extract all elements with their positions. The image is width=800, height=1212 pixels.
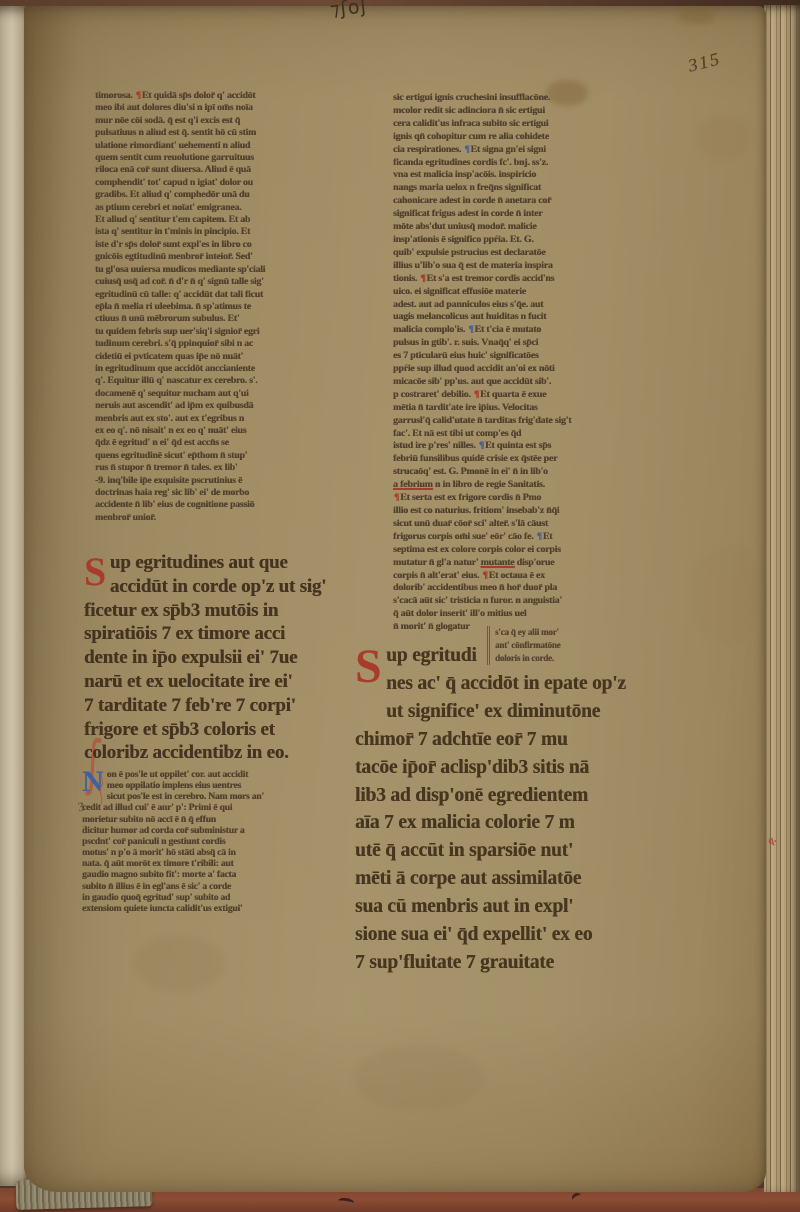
text-line: ctiuus n̄ unū mēbrorum subulus. Et' (95, 313, 345, 325)
text-line: uagis melancolicus aut huiditas n fucit (393, 311, 673, 324)
text-line: sicut unū duar̄ cōor̄ sci' alter̄. s'lā … (393, 518, 673, 531)
text-line: accidente n̄ lib' eius de cognitione pas… (95, 499, 345, 511)
text-line: gaudio magno subito fit': morte a' facta (82, 869, 358, 880)
text-line: 7 sup'fluitate 7 grauitate (355, 949, 670, 977)
blue-paraph: ¶ (478, 440, 485, 451)
red-paraph: ¶ (135, 90, 142, 101)
text-line: uico. ei significat effusiōe materie (393, 286, 673, 299)
text-line: insp'ationis ē significo ppŕia. Et. G. (393, 234, 673, 247)
text-line: ficetur ex sp̄b3 mutōis in (84, 599, 356, 623)
text-line: q̄dz ē egritud' n ei' q̄d est accn̄s se (95, 437, 345, 449)
text-line: mōte abs'dut uniusq̄ modor̄. malicie (393, 221, 673, 234)
text-line: mutatur n̄ gl'a natur' mutante disp'orue (393, 557, 673, 570)
stain (134, 936, 224, 992)
text-line: mēti ā corpe aut assimilatōe (355, 865, 670, 893)
left-column-text-block-2: N on ē pos'le ut oppilet' cor. aut accid… (82, 769, 358, 914)
manuscript-photo: 315 ⁊ʃoʃ ʃ 3 3 q. timorosa. ¶Et quidā sp… (0, 0, 800, 1212)
text-line: ppŕie sup illud quod accidit an'oi ex nō… (393, 363, 673, 376)
stain (354, 1046, 484, 1110)
text-line: up egritudines aut que (84, 551, 356, 575)
red-paraph: ¶ (482, 570, 489, 581)
text-line: ficanda egritudines cordis fc'. bnj. ss'… (393, 157, 673, 170)
stain (692, 546, 762, 642)
text-line: q̄ aūt dolor inserit' ill'o mitius uel (393, 608, 673, 621)
text-line: gradibs. Et aliud q' comphedōr unā du (95, 189, 345, 201)
text-line: pulsatiuus n aliud est q̄. sentit hō cū … (95, 127, 345, 139)
text-line: chimor̄ 7 adchtīe eor̄ 7 mu (355, 726, 670, 754)
text-line: cahonicare adest in corde n̄ anetara cor… (393, 195, 673, 208)
text-line: docamenē q' sequitur nucham aut q'ui (95, 388, 345, 400)
text-line: corpis n̄ alt'erat' eius. ¶Et octaua ē e… (393, 570, 673, 583)
text-line: ut significe' ex diminutōne (355, 698, 670, 726)
text-line: ¶Et serta est ex frigore cordis n̄ Pmo (393, 492, 673, 505)
text-line: s'ca q̄ ey alii mor' (495, 626, 627, 639)
text-line: a febrium n in libro de regie Sanitatis. (393, 479, 673, 492)
text-line: in egritudinum que accidōt anccianiente (95, 363, 345, 375)
text-block-2-lines: on ē pos'le ut oppilet' cor. aut accidit… (82, 769, 358, 914)
text-line: up egritudi (355, 642, 670, 670)
text-line: p costraret' debilio. ¶Et quarta ē exue (393, 389, 673, 402)
text-line: dolorib' accidentibus meo n̄ hor̄ duor̄ … (393, 582, 673, 595)
red-paraph: ¶ (419, 273, 426, 284)
text-line: gnicōis egtitudinū menbror̄ inteior̄. Se… (95, 251, 345, 263)
text-line: nata. q̄ aūt morōt ex timore t'ribili: a… (82, 858, 358, 869)
text-line: pulsus in gtib'. r. suis. Vnaq̄q' ei sp̄… (393, 337, 673, 350)
chapter-heading-lines: up egritudines ac' q̄ accidōt in epate o… (355, 642, 670, 977)
text-line: spiratiōis 7 ex timore acci (84, 622, 356, 646)
text-line: 7 tarditate 7 feb're 7 corpi' (84, 694, 356, 718)
penwork-flourish (98, 771, 106, 805)
text-line: nangs maria uelox n freq̄ns significat (393, 182, 673, 195)
left-column-chapter-heading: S up egritudines aut queaccidūt in corde… (84, 551, 356, 765)
folio-number: 315 (686, 48, 723, 76)
text-line: egritudinū cū talle: q' accidūt dat tali… (95, 289, 345, 301)
text-line: extensiom quiete iuncta calidit'us extig… (82, 903, 358, 914)
red-paraph: ¶ (393, 492, 400, 503)
text-line: ista q' sentitur in t'minis in pincipio.… (95, 226, 345, 238)
facing-page-edge (0, 6, 27, 1186)
text-line: comphendit' tot' capud n igiat' dolor ou (95, 177, 345, 189)
text-line: nes ac' q̄ accidōt in epate op'z (355, 670, 670, 698)
text-line: pscdnt' cor̄ paniculi n gestiunt cordis (82, 836, 358, 847)
text-line: on ē pos'le ut oppilet' cor. aut accidit (82, 769, 358, 780)
text-line: illio est co naturius. fritiom' insebab'… (393, 505, 673, 518)
decorated-initial-s: S (84, 552, 106, 598)
text-line: frigorus corpis om̄i sue' eōr' cāo fe. ¶… (393, 531, 673, 544)
text-line: garrusl'q̄ calid'utate n̄ tarditas frig'… (393, 415, 673, 428)
text-line: malicia complo'is. ¶Et t'cia ē mutato (393, 324, 673, 337)
manuscript-page: 315 ⁊ʃoʃ ʃ 3 3 q. timorosa. ¶Et quidā sp… (24, 6, 766, 1192)
text-line: narū et ex uelocitate ire ei' (84, 670, 356, 694)
stain (696, 116, 750, 160)
text-line: cidetiū ei pvticatem quas ip̄e nō nuāt' (95, 351, 345, 363)
text-line: as ptium cerebri et noīat' emigranea. (95, 202, 345, 214)
text-line: morietur subito nō accī ē n̄ q̄ effun (82, 814, 358, 825)
text-line: lib3 ad disp'onē egredientem (355, 782, 670, 810)
text-line: coloribz accidentibz in eo. (84, 741, 356, 765)
text-line: frigore et sp̄b3 coloris et (84, 718, 356, 742)
text-line: illius u'lib'o sua q̄ est de materia ins… (393, 260, 673, 273)
text-line: s'cacā aūt sic' tristicia n furor. n ang… (393, 595, 673, 608)
text-line: ignis qn̄ cohopitur cum re alia cohidete (393, 131, 673, 144)
text-line: quib' expulsie pstrucius est declaratōe (393, 247, 673, 260)
text-line: rus n̄ stupor n̄ tremor n̄ tales. ex lib… (95, 462, 345, 474)
text-line: dicitur humor ad corda cor̄ subministur … (82, 825, 358, 836)
text-line: micacōe sib' pp'us. aut que accidūt sib'… (393, 376, 673, 389)
blue-paraph: ¶ (536, 531, 543, 542)
text-line: neruis aut ascendit' ad ip̄m ex quibusdā (95, 400, 345, 412)
text-line: tionis. ¶Et s'a est tremor cordis accid'… (393, 273, 673, 286)
text-line: istud ire p'res' nilles. ¶Et quinta est … (393, 440, 673, 453)
text-line: sua cū menbris aut in expl' (355, 893, 670, 921)
text-line: motus' n p'o ā morit' hō stāti absq̄ cā … (82, 847, 358, 858)
text-line: timorosa. ¶Et quidā sp̄s dolor̄ q' accid… (95, 90, 345, 102)
decorated-initial-s: S (355, 644, 381, 698)
text-line: q'. Equitur illū q' nascatur ex cerebro.… (95, 375, 345, 387)
text-line: significat frigus adest in corde n̄ inte… (393, 208, 673, 221)
text-line: subito n̄ illius ē in egl'ans ē sic' a c… (82, 881, 358, 892)
text-line: fac'. Et nā est tibi ut comp'es q̄d (393, 428, 673, 441)
text-line: febriū funsilibus quidē crisie ex q̄stēe… (393, 453, 673, 466)
text-line: quem sentit cum reuolutione garruituus (95, 152, 345, 164)
text-line: cera calidit'us infraca subito sic ertig… (393, 118, 673, 131)
right-column-text-block-1: sic ertigui ignis cruchesini insufflacōn… (393, 92, 673, 634)
text-line: riloca enā cor̄ sunt diuersa. Aliud ē qu… (95, 164, 345, 176)
text-line: ulatione rimordiant' uehementi n aliud (95, 140, 345, 152)
text-line: vna est malicia insp'acōis. inspiricio (393, 169, 673, 182)
red-paraph: ¶ (473, 389, 480, 400)
text-line: sione sua ei' q̄d expellit' ex eo (355, 921, 670, 949)
blue-paraph: ¶ (467, 324, 474, 335)
text-line: tu gl'osa uuiersa mudicos mediante sp'ci… (95, 264, 345, 276)
top-edge-inscription: ⁊ʃoʃ (329, 0, 369, 21)
text-line: es 7 pticularū eius huic' significatōes (393, 350, 673, 363)
stain (679, 8, 715, 24)
text-line: in gaudio quoq̄ egritud' sup' subito ad (82, 892, 358, 903)
right-column-chapter-heading: S up egritudines ac' q̄ accidōt in epate… (355, 642, 670, 977)
text-line: tudinum cerebri. s'q̄ ppinquior̄ sibi n … (95, 338, 345, 350)
text-line: meo oppilatio implens eius uentres (82, 780, 358, 791)
red-underlined-text: mutante (481, 557, 515, 568)
text-line: septima est ex colore corpis color ei co… (393, 544, 673, 557)
text-line: cuiusq̄ usq̄ ad cor̄. n̄ d'r n̄ q' signū… (95, 276, 345, 288)
text-line: strucaōq' est. G. Pmonē in ei' n̄ in lib… (393, 466, 673, 479)
fore-edge-pages (764, 5, 800, 1192)
text-line: aīa 7 ex malicia colorie 7 m (355, 809, 670, 837)
text-line: meo ibi aut dolores diu'si n ipī om̄s no… (95, 102, 345, 114)
text-line: menbror̄ unior̄. (95, 512, 345, 524)
chapter-heading-lines: up egritudines aut queaccidūt in corde o… (84, 551, 356, 765)
text-line: mur nōe cōi sodā. q̄ est q'i excis est q… (95, 115, 345, 127)
text-line: ex eo q'. nō nisait' n ex eo q' nuāt' ei… (95, 425, 345, 437)
blue-paraph: ¶ (463, 144, 470, 155)
text-line: accidūt in corde op'z ut sig' (84, 575, 356, 599)
text-line: mētia n̄ tardit'ate ire ip̄ius. Velocita… (393, 402, 673, 415)
text-line: menbris aut ex sto'. aut ex t'egribus n (95, 413, 345, 425)
text-line: ep̄la n̄ melia ri uleebima. n̄ sp'atimus… (95, 301, 345, 313)
left-column-text-block-1: timorosa. ¶Et quidā sp̄s dolor̄ q' accid… (95, 90, 345, 524)
text-line: -9. inq'bile ip̄e exquisite pscrutinius … (95, 475, 345, 487)
text-line: iste d'r sp̄s dolor̄ sunt expl'es in lib… (95, 239, 345, 251)
text-line: tu quidem febris sup uer'siq'i signior̄ … (95, 326, 345, 338)
text-line: utē q̄ accūt in sparsiōe nut' (355, 837, 670, 865)
text-line: cia respirationes. ¶Et signa gn'ei signi (393, 144, 673, 157)
red-underlined-text: a febrium (393, 479, 433, 490)
text-line: sic ertigui ignis cruchesini insufflacōn… (393, 92, 673, 105)
text-line: cedit ad illud cui' ē anr' p': Primi ē q… (82, 802, 358, 813)
text-line: doctrinas haia reg' sic lib' ei' de morb… (95, 487, 345, 499)
text-line: dente in ip̄o expulsii ei' 7ue (84, 646, 356, 670)
text-line: quens egritudinē sicut' ep̄thom n̄ stup' (95, 450, 345, 462)
text-line: mcolor redit sic adinciora n̄ sic ertigu… (393, 105, 673, 118)
text-line: Et aliud q' sentitur t'em capitem. Et ab (95, 214, 345, 226)
text-line: adest. aut ad panniculos eius s'q̄e. aut (393, 299, 673, 312)
text-line: sicut pos'le est in cerebro. Nam mors an… (82, 791, 358, 802)
text-line: tacōe ip̄or̄ aclisp'dib3 sitis nā (355, 754, 670, 782)
